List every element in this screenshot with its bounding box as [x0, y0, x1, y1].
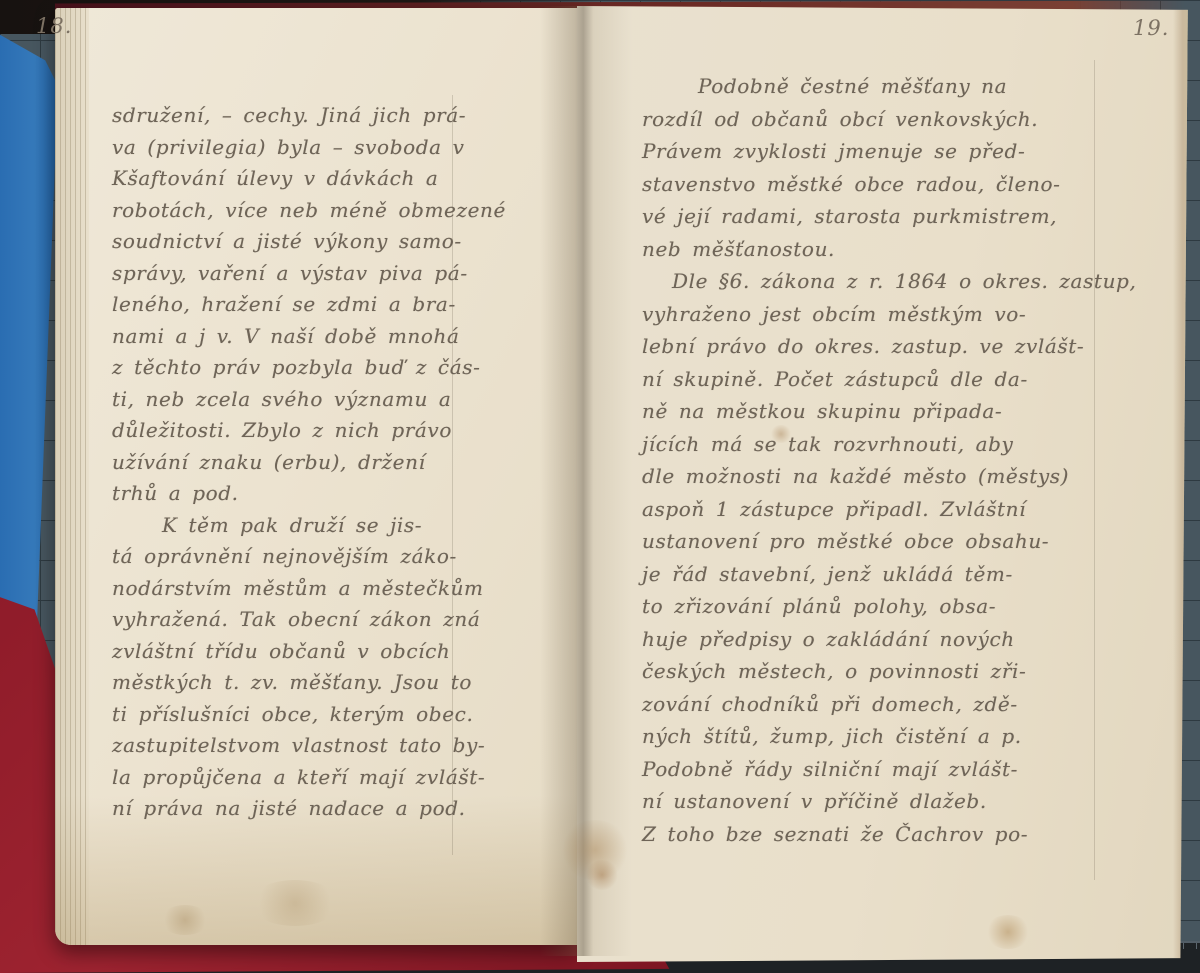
handwritten-text-line: důležitosti. Zbylo z nich právo	[112, 415, 506, 447]
handwritten-text-line: va (privilegia) byla – svoboda v	[112, 132, 506, 164]
handwritten-text-line: ní ustanovení v příčině dlažeb.	[642, 785, 1136, 818]
handwritten-text-line: správy, vaření a výstav piva pá-	[112, 258, 506, 290]
handwritten-text-line: je řád stavební, jenž ukládá těm-	[642, 558, 1136, 591]
handwritten-text-line: ní skupině. Počet zástupců dle da-	[642, 363, 1136, 396]
handwritten-text-line: městkých t. zv. měšťany. Jsou to	[112, 667, 506, 699]
handwritten-text-line: tá oprávnění nejnovějším záko-	[112, 541, 506, 573]
right-page-number: 19.	[1133, 16, 1169, 40]
handwritten-text-line: stavenstvo městké obce radou, členo-	[642, 168, 1136, 201]
handwritten-text-line: vyhražená. Tak obecní zákon zná	[112, 604, 506, 636]
handwritten-text-line: Podobně čestné měšťany na	[698, 70, 1136, 103]
handwritten-text-line: ně na městkou skupinu připada-	[642, 395, 1136, 428]
foxing-stain	[770, 425, 792, 443]
handwritten-text-line: huje předpisy o zakládání nových	[642, 623, 1136, 656]
handwritten-text-line: Právem zvyklosti jmenuje se před-	[642, 135, 1136, 168]
scanned-book-spread: { "document": { "kind": "handwritten man…	[0, 0, 1200, 973]
handwritten-text-line: užívání znaku (erbu), držení	[112, 447, 506, 479]
handwritten-text-line: Podobně řády silniční mají zvlášt-	[642, 753, 1136, 786]
handwritten-text-line: ustanovení pro městké obce obsahu-	[642, 525, 1136, 558]
foxing-stain	[585, 860, 619, 890]
handwritten-text-line: vé její radami, starosta purkmistrem,	[642, 200, 1136, 233]
handwritten-text-line: zování chodníků při domech, zdě-	[642, 688, 1136, 721]
foxing-stain	[985, 915, 1031, 949]
handwritten-text-line: nami a j v. V naší době mnohá	[112, 321, 506, 353]
handwritten-text-line: vyhraženo jest obcím městkým vo-	[642, 298, 1136, 331]
handwritten-text-line: nodárstvím městům a městečkům	[112, 573, 506, 605]
handwritten-text-line: neb měšťanostou.	[642, 233, 1136, 266]
handwritten-text-line: lební právo do okres. zastup. ve zvlášt-	[642, 330, 1136, 363]
handwritten-text-line: zvláštní třídu občanů v obcích	[112, 636, 506, 668]
book-gutter-shadow	[540, 6, 632, 956]
handwritten-text-line: trhů a pod.	[112, 478, 506, 510]
handwritten-text-line: ti příslušníci obce, kterým obec.	[112, 699, 506, 731]
handwritten-text-line: sdružení, – cechy. Jiná jich prá-	[112, 100, 506, 132]
handwritten-text-line: zastupitelstvom vlastnost tato by-	[112, 730, 506, 762]
handwritten-text-line: rozdíl od občanů obcí venkovských.	[642, 103, 1136, 136]
handwritten-text-line: robotách, více neb méně obmezené	[112, 195, 506, 227]
foxing-stain	[160, 905, 210, 935]
handwritten-text-line: jících má se tak rozvrhnouti, aby	[642, 428, 1136, 461]
book-cover-blue	[0, 22, 58, 662]
right-page-text: Podobně čestné měšťany narozdíl od občan…	[642, 70, 1136, 850]
right-page-edge	[1173, 6, 1189, 962]
handwritten-text-line: leného, hražení se zdmi a bra-	[112, 289, 506, 321]
handwritten-text-line: la propůjčena a kteří mají zvlášt-	[112, 762, 506, 794]
handwritten-text-line: K těm pak druží se jis-	[162, 510, 506, 542]
left-page-number: 18.	[36, 14, 72, 38]
handwritten-text-line: dle možnosti na každé město (městys)	[642, 460, 1136, 493]
handwritten-text-line: Z toho bze seznati že Čachrov po-	[642, 818, 1136, 851]
handwritten-text-line: ní práva na jisté nadace a pod.	[112, 793, 506, 825]
handwritten-text-line: to zřizování plánů polohy, obsa-	[642, 590, 1136, 623]
foxing-stain	[250, 880, 340, 926]
handwritten-text-line: ti, neb zcela svého významu a	[112, 384, 506, 416]
handwritten-text-line: ných štítů, žump, jich čistění a p.	[642, 720, 1136, 753]
left-page-text: sdružení, – cechy. Jiná jich prá-va (pri…	[112, 100, 506, 825]
handwritten-text-line: Kšaftování úlevy v dávkách a	[112, 163, 506, 195]
handwritten-text-line: Dle §6. zákona z r. 1864 o okres. zastup…	[672, 265, 1136, 298]
handwritten-text-line: soudnictví a jisté výkony samo-	[112, 226, 506, 258]
handwritten-text-line: aspoň 1 zástupce připadl. Zvláštní	[642, 493, 1136, 526]
handwritten-text-line: z těchto práv pozbyla buď z čás-	[112, 352, 506, 384]
handwritten-text-line: českých městech, o povinnosti zři-	[642, 655, 1136, 688]
